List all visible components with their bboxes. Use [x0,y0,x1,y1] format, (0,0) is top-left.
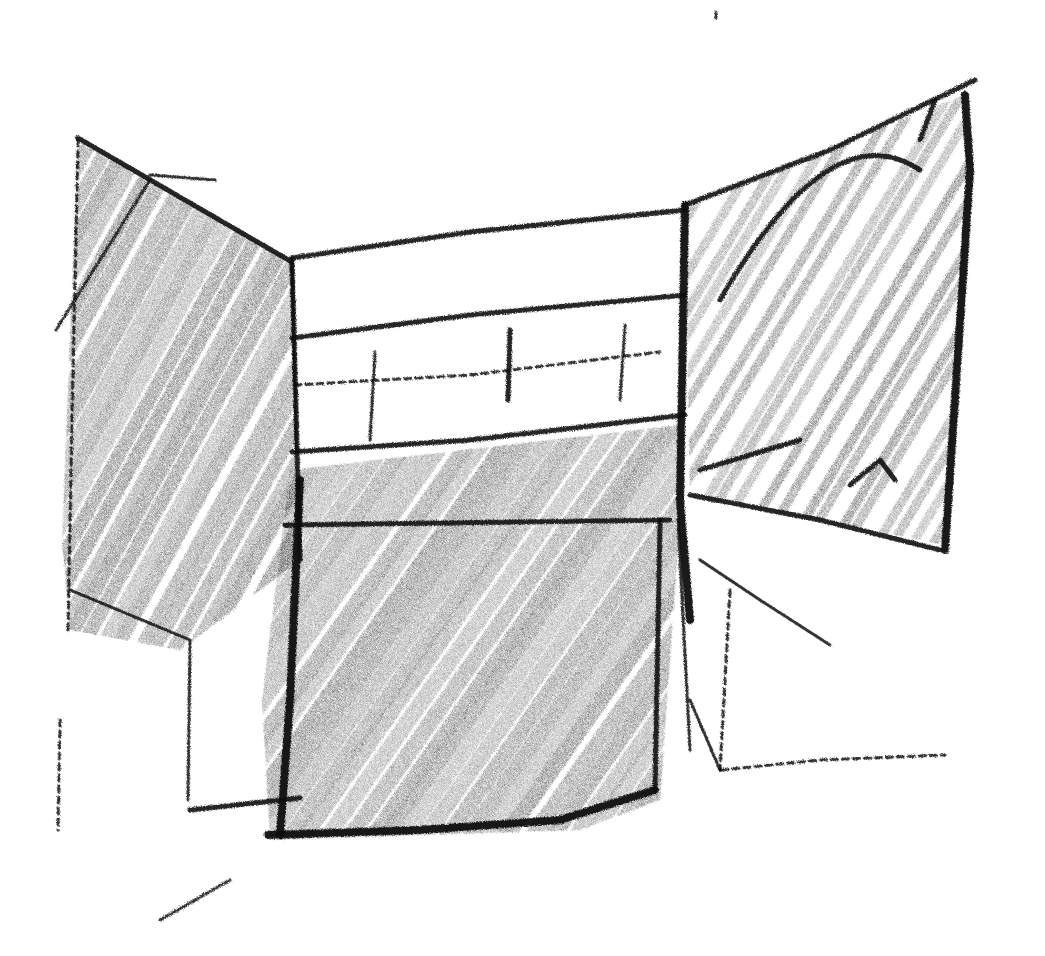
center-top-panel [292,210,685,452]
charcoal-sketch [0,0,1045,956]
right-base-panel [678,520,945,770]
